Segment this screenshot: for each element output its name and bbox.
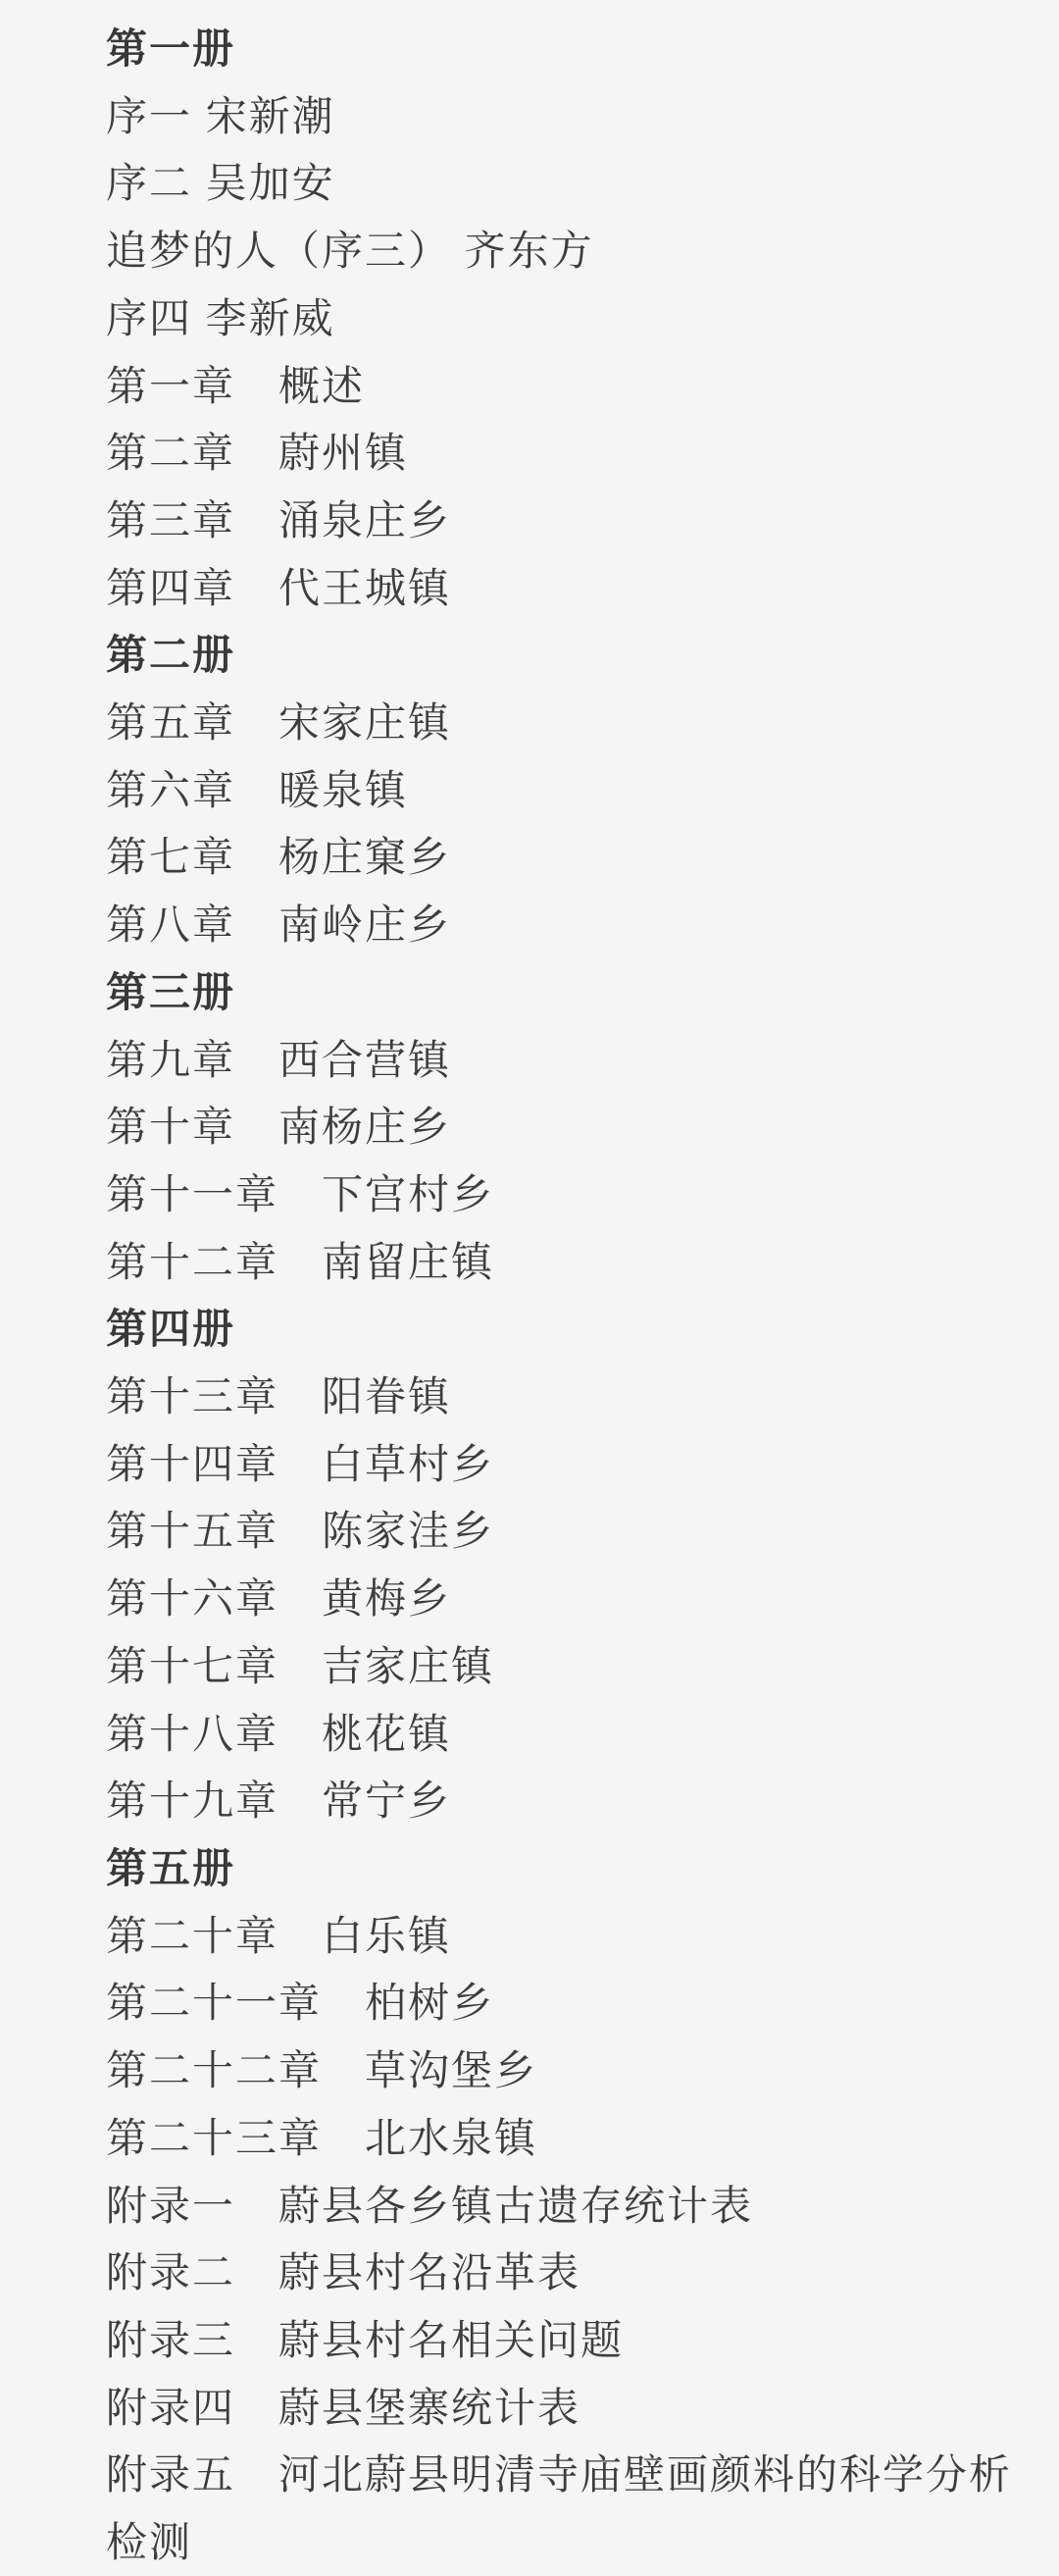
toc-entry: 第二十章 白乐镇: [106, 1903, 1020, 1971]
toc-volume-heading: 第四册: [106, 1296, 1020, 1364]
toc-entry: 追梦的人（序三） 齐东方: [106, 218, 1020, 285]
toc-entry: 第四章 代王城镇: [106, 555, 1020, 623]
toc-entry: 第二十三章 北水泉镇: [106, 2105, 1020, 2173]
toc-entry: 第十四章 白草村乡: [106, 1431, 1020, 1499]
toc-entry: 第六章 暖泉镇: [106, 757, 1020, 825]
toc-entry: 第二章 蔚州镇: [106, 420, 1020, 488]
toc-entry: 第十三章 阳眷镇: [106, 1364, 1020, 1431]
toc-entry: 第二十一章 柏树乡: [106, 1970, 1020, 2037]
toc-entry: 第七章 杨庄窠乡: [106, 824, 1020, 892]
toc-entry: 第十章 南杨庄乡: [106, 1094, 1020, 1161]
toc-entry: 第十七章 吉家庄镇: [106, 1633, 1020, 1701]
toc-entry: 附录四 蔚县堡寨统计表: [106, 2375, 1020, 2443]
toc-entry: 第九章 西合营镇: [106, 1027, 1020, 1095]
toc-entry: 第十一章 下宫村乡: [106, 1161, 1020, 1229]
toc-volume-heading: 第二册: [106, 622, 1020, 690]
toc-entry: 第十九章 常宁乡: [106, 1768, 1020, 1835]
toc-volume-heading: 第三册: [106, 959, 1020, 1027]
toc-entry: 第十六章 黄梅乡: [106, 1566, 1020, 1633]
toc-entry: 第一章 概述: [106, 353, 1020, 421]
toc-entry: 附录一 蔚县各乡镇古遗存统计表: [106, 2173, 1020, 2241]
toc-entry: 序一 宋新潮: [106, 83, 1020, 151]
toc-entry: 第十五章 陈家洼乡: [106, 1498, 1020, 1566]
toc-entry: 第十二章 南留庄镇: [106, 1229, 1020, 1297]
toc-entry: 第三章 涌泉庄乡: [106, 488, 1020, 555]
toc-entry: 附录三 蔚县村名相关问题: [106, 2307, 1020, 2375]
table-of-contents: 第一册序一 宋新潮序二 吴加安追梦的人（序三） 齐东方序四 李新威第一章 概述第…: [0, 0, 1059, 2576]
toc-entry: 序四 李新威: [106, 285, 1020, 353]
toc-entry: 附录五 河北蔚县明清寺庙壁画颜料的科学分析检测: [106, 2442, 1020, 2576]
toc-entry: 第八章 南岭庄乡: [106, 892, 1020, 959]
toc-entry: 第二十二章 草沟堡乡: [106, 2037, 1020, 2105]
toc-entry: 第十八章 桃花镇: [106, 1701, 1020, 1769]
toc-entry: 第五章 宋家庄镇: [106, 690, 1020, 757]
toc-volume-heading: 第五册: [106, 1835, 1020, 1903]
toc-volume-heading: 第一册: [106, 16, 1020, 83]
toc-entry: 序二 吴加安: [106, 150, 1020, 218]
toc-entry: 附录二 蔚县村名沿革表: [106, 2240, 1020, 2307]
